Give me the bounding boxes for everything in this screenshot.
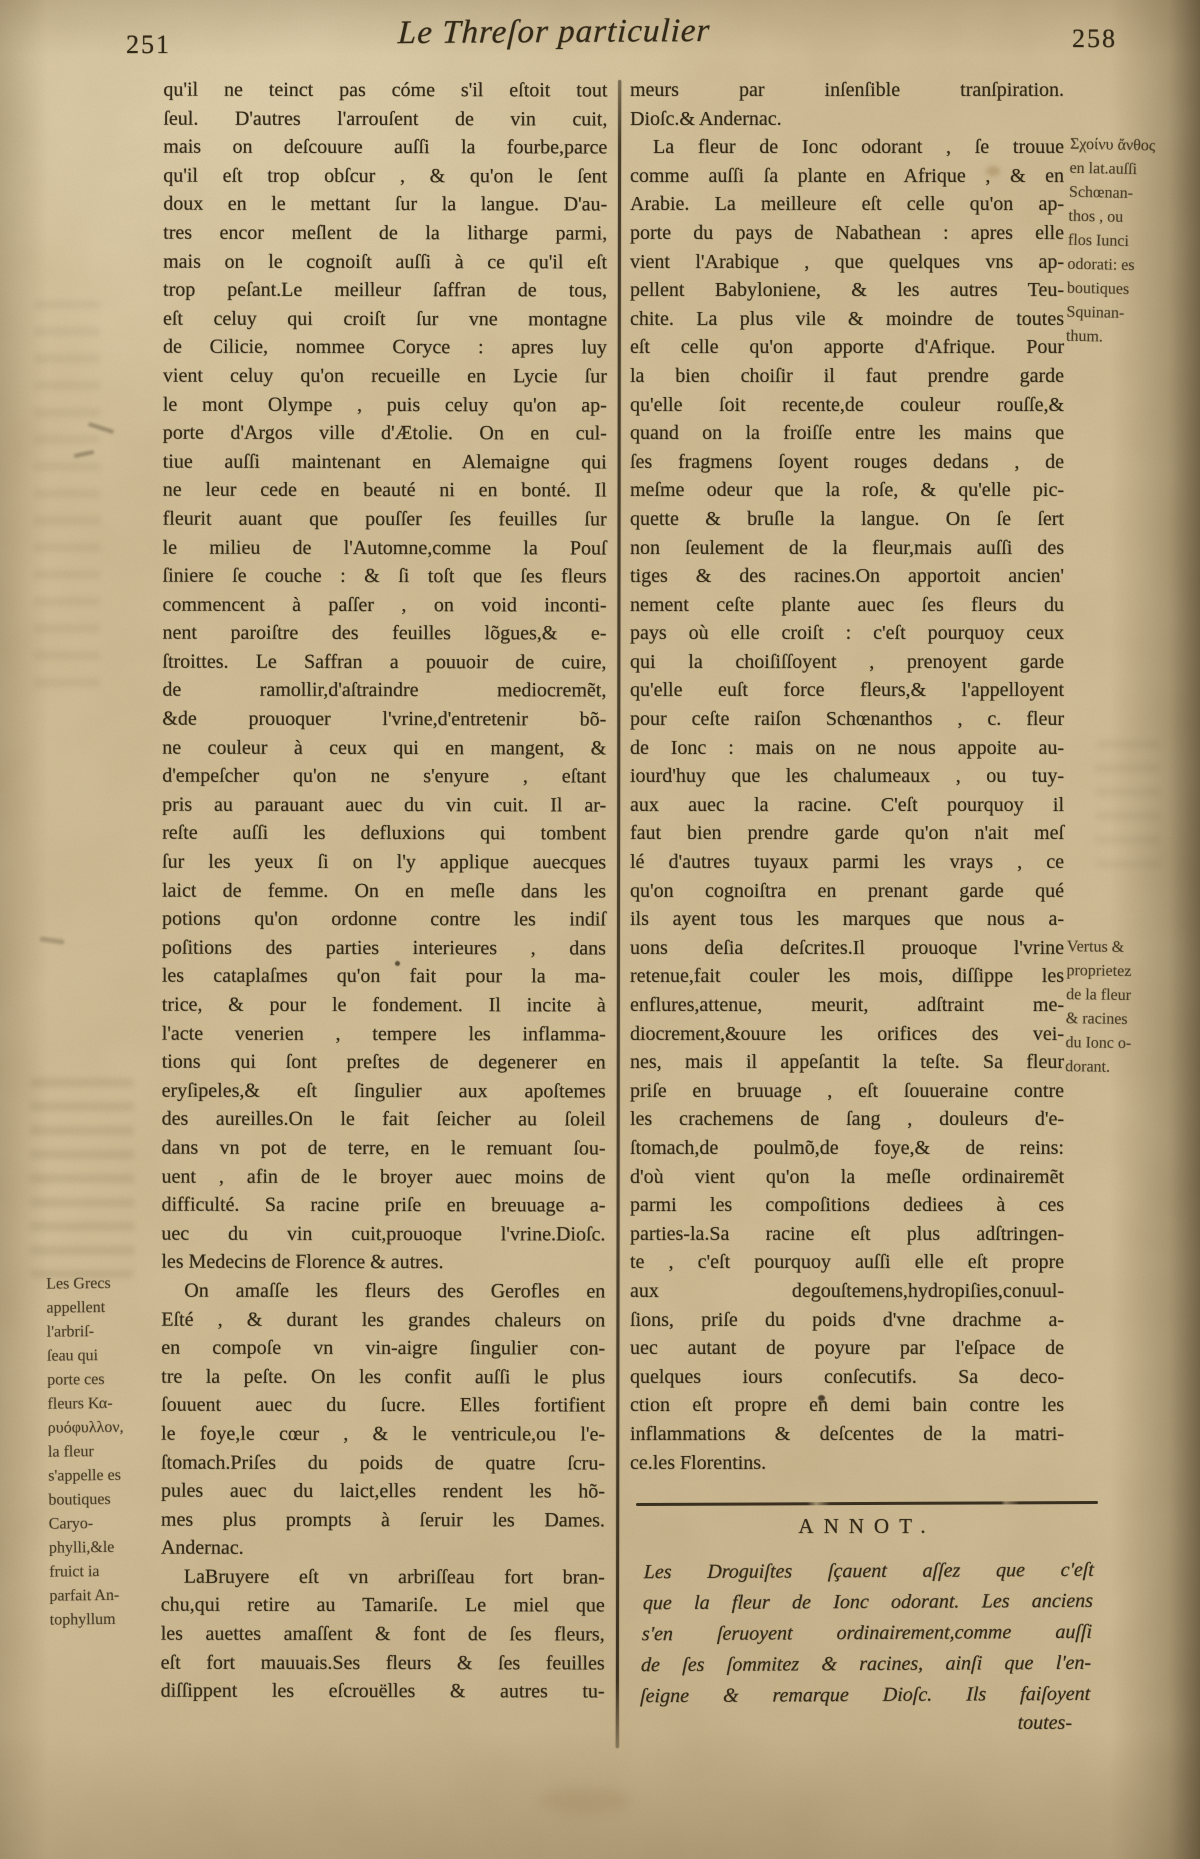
- text-line: Caryo-: [49, 1511, 167, 1536]
- text-line: uons deſia deſcrites.Il prouoque l'vrine: [630, 934, 1064, 963]
- text-line: qu'il ne teinct pas cóme s'il eſtoit tou…: [163, 76, 607, 105]
- text-line: ρυόφυλλον,: [48, 1415, 166, 1440]
- text-line: le milieu de l'Automne,comme la Pouſ: [163, 533, 607, 562]
- text-line: pris au parauant auec du vin cuit. Il ar…: [162, 790, 606, 819]
- text-line: la fleur: [48, 1439, 166, 1464]
- text-line: d'empeſcher qu'on ne s'enyure , eſtant: [162, 762, 606, 791]
- text-line: ne leur cede en beauté ni en bonté. Il: [163, 476, 607, 505]
- text-line: lé d'autres tuyaux parmi les vrays , ce: [630, 848, 1064, 877]
- verso-show-through: [30, 1078, 134, 1278]
- text-line: le mont Olympe , puis celuy qu'on ap-: [163, 390, 607, 419]
- margin-note-right-middle: Vertus &proprietezde la fleur& racinesdu…: [1065, 935, 1195, 1081]
- text-line: reſte auſſi les defluxions qui tombent: [162, 819, 606, 848]
- text-line: iourd'huy que les chalumeaux , ou tuy-: [630, 762, 1064, 791]
- text-line: l'arbriſ-: [47, 1319, 165, 1344]
- text-line: ſouuent auec du ſucre. Elles fortifient: [161, 1391, 605, 1420]
- text-line: du Ionc o-: [1065, 1031, 1193, 1057]
- text-line: Dioſc.& Andernac.: [630, 105, 1064, 134]
- text-line: meurs par inſenſible tranſpiration.: [630, 76, 1064, 105]
- paper-stain: [540, 1788, 630, 1814]
- text-line: ne couleur à ceux qui en mangent, &: [162, 733, 606, 762]
- text-line: tiue auſſi maintenant en Alemaigne qui: [163, 447, 607, 476]
- text-line: Vertus &: [1067, 935, 1195, 961]
- text-line: le foye,le cœur , & le ventricule,ou l'e…: [161, 1420, 605, 1449]
- text-line: ſur les yeux ſi on l'y applique auecques: [162, 848, 606, 877]
- text-line: Andernac.: [161, 1534, 605, 1563]
- text-line: tions qui ſont preſtes de degenerer en: [162, 1048, 606, 1077]
- column-divider-rule: [616, 80, 621, 1748]
- text-line: uent , afin de le broyer auec moins de: [161, 1162, 605, 1191]
- text-line: mais on le cognoiſt auſſi à ce qu'il eſt: [163, 247, 607, 276]
- text-line: thum.: [1066, 325, 1194, 352]
- text-line: ſes fragmens ſoyent rouges dedans , de: [630, 448, 1064, 477]
- text-line: odorati: es: [1067, 253, 1195, 280]
- text-line: en lat.auſſi: [1069, 157, 1197, 184]
- text-line: de Cilicie, nommee Coryce : apres luy: [163, 333, 607, 362]
- text-line: ſeul. D'autres l'arrouſent de vin cuit,: [163, 104, 607, 133]
- text-line: La fleur de Ionc odorant , ſe trouue: [630, 133, 1064, 162]
- text-line: la bien choiſir il faut prendre garde: [630, 362, 1064, 391]
- text-line: pays où elle croiſt : c'eſt pourquoy ceu…: [630, 619, 1064, 648]
- text-line: poſitions des parties interieures , dans: [162, 933, 606, 962]
- text-line: les cataplaſmes qu'on fait pour la ma-: [162, 962, 606, 991]
- text-line: doux en le mettant ſur la langue. D'au-: [163, 190, 607, 219]
- text-column-right: meurs par inſenſible tranſpiration.Dioſc…: [630, 76, 1064, 1477]
- text-line: Les Grecs: [46, 1271, 164, 1296]
- text-line: ction eſt propre en demi bain contre les: [630, 1391, 1064, 1420]
- annotation-text: Les Droguiſtes ſçauent aſſez que c'eſtqu…: [640, 1555, 1095, 1712]
- page-number-right: 258: [1072, 24, 1117, 54]
- text-line: proprietez: [1066, 959, 1194, 985]
- text-line: & racines: [1066, 1007, 1194, 1033]
- text-line: s'appelle es: [48, 1463, 166, 1488]
- text-line: quelques iours conſecutifs. Sa deco-: [630, 1363, 1064, 1392]
- text-line: difficulté. Sa racine priſe en breuuage …: [161, 1191, 605, 1220]
- paragraph: qu'il ne teinct pas cóme s'il eſtoit tou…: [161, 76, 607, 1278]
- text-line: phylli,&le: [49, 1535, 167, 1560]
- text-line: les Medecins de Florence & autres.: [161, 1248, 605, 1277]
- text-line: Schœnan-: [1069, 181, 1197, 208]
- text-line: ils ayent tous les marques que nous a-: [630, 905, 1064, 934]
- text-line: Σχοίνυ ἄνθος: [1070, 133, 1198, 160]
- annotation-section-rule: [636, 1501, 1098, 1506]
- text-line: qu'elle ſoit recente,de couleur rouſſe,&: [630, 391, 1064, 420]
- text-line: diocrement,&ouure les orifices des vei-: [630, 1020, 1064, 1049]
- text-line: non ſeulement de la fleur,mais auſſi des: [630, 534, 1064, 563]
- text-line: dorant.: [1065, 1055, 1193, 1081]
- text-line: en compoſe vn vin-aigre ſingulier con-: [161, 1334, 605, 1363]
- text-line: pour ceſte raiſon Schœnanthos , c. fleur: [630, 705, 1064, 734]
- text-line: retenue,fait couler les mois, diſſippe l…: [630, 962, 1064, 991]
- text-line: enflures,attenue, meurit, adſtraint me-: [630, 991, 1064, 1020]
- text-line: qu'elle euſt force fleurs,& l'appelloyen…: [630, 676, 1064, 705]
- text-line: commencent à paſſer , on void inconti-: [162, 590, 606, 619]
- verso-show-through: [34, 300, 100, 700]
- book-page-scan: 251 Le Threſor particulier 258 Les Grecs…: [0, 0, 1200, 1859]
- text-line: quand on la froiſſe entre les mains que: [630, 419, 1064, 448]
- ink-smudge: [88, 422, 114, 434]
- paragraph: On amaſſe les fleurs des Gerofles enEſté…: [161, 1277, 605, 1564]
- text-line: eſt celuy qui croiſt ſur vne montagne: [163, 304, 607, 333]
- text-line: eſt celle qu'on apporte d'Afrique. Pour: [630, 333, 1064, 362]
- text-line: &de prouoquer l'vrine,d'entretenir bõ-: [162, 705, 606, 734]
- text-line: qui la choiſiſſoyent , prenoyent garde: [630, 648, 1064, 677]
- margin-note-right-top: Σχοίνυ ἄνθοςen lat.auſſiSchœnan-thos , o…: [1066, 133, 1198, 352]
- text-line: fruict ia: [49, 1559, 167, 1584]
- ink-smudge: [40, 936, 64, 944]
- text-line: potions qu'on ordonne contre les indiſ: [162, 905, 606, 934]
- text-line: ſeigne & remarque Dioſc. Ils faiſoyent: [640, 1679, 1091, 1712]
- text-line: uec du vin cuit,prouoque l'vrine.Dioſc.: [161, 1219, 605, 1248]
- text-line: eryſipeles,& eſt ſingulier aux apoſtemes: [162, 1076, 606, 1105]
- text-line: pules auec du laict,elles rendent les hõ…: [161, 1477, 605, 1506]
- text-line: parties-la.Sa racine eſt plus adſtringen…: [630, 1220, 1064, 1249]
- text-line: qu'on cognoiſtra en prenant garde qué: [630, 877, 1064, 906]
- text-line: boutiques: [1067, 277, 1195, 304]
- text-line: ſeau qui: [47, 1343, 165, 1368]
- text-line: tiges & des racines.On apportoit ancien': [630, 562, 1064, 591]
- text-line: Squinan-: [1066, 301, 1194, 328]
- text-line: pellent Babyloniene, & les autres Teu-: [630, 276, 1064, 305]
- text-line: ce.les Florentins.: [630, 1449, 1064, 1478]
- text-line: diſſippent les eſcrouëlles & autres tu-: [161, 1677, 605, 1706]
- text-line: d'où vient qu'on la meſle ordinairemẽt: [630, 1163, 1064, 1192]
- text-line: eſt fort mauuais.Ses fleurs & ſes feuill…: [161, 1648, 605, 1677]
- text-line: Arabie. La meilleure eſt celle qu'on ap-: [630, 190, 1064, 219]
- paragraph: La fleur de Ionc odorant , ſe trouuecomm…: [630, 133, 1064, 1477]
- text-line: comme auſſi ſa plante en Afrique , & en: [630, 162, 1064, 191]
- text-line: ſtomach.Priſes du poids de quatre ſcru-: [161, 1448, 605, 1477]
- text-line: ſiniere ſe couche : & ſi toſt que ſes fl…: [163, 562, 607, 591]
- margin-note-left: Les Grecsappellentl'arbriſ-ſeau quiporte…: [46, 1271, 168, 1632]
- text-line: des aureilles.On le fait ſeicher au ſole…: [162, 1105, 606, 1134]
- text-line: vient l'Arabique , que quelques vns ap-: [630, 248, 1064, 277]
- verso-show-through: [1096, 740, 1160, 870]
- text-line: mes plus prompts à ſeruir les Dames.: [161, 1505, 605, 1534]
- text-line: thos , ou: [1068, 205, 1196, 232]
- text-line: chite. La plus vile & moindre de toutes: [630, 305, 1064, 334]
- text-line: chu,qui retire au Tamariſe. Le miel que: [161, 1591, 605, 1620]
- text-line: mais on deſcouure auſſi la fourbe,parce: [163, 133, 607, 162]
- text-line: tres encor meſlent de la litharge parmi,: [163, 219, 607, 248]
- text-line: nement ceſte plante auec ſes fleurs du: [630, 591, 1064, 620]
- text-line: te , c'eſt pourquoy auſſi elle eſt propr…: [630, 1248, 1064, 1277]
- text-line: tophyllum: [50, 1607, 168, 1632]
- text-line: fleurs Κα-: [47, 1391, 165, 1416]
- text-line: aux degouſtemens,hydropiſies,conuul-: [630, 1277, 1064, 1306]
- text-line: Les Droguiſtes ſçauent aſſez que c'eſt: [643, 1555, 1094, 1588]
- text-line: qu'il eſt trop obſcur , & qu'on le ſent: [163, 161, 607, 190]
- catchword: toutes-: [642, 1712, 1072, 1735]
- text-line: priſe en bruuage , eſt ſouueraine contre: [630, 1077, 1064, 1106]
- text-line: faut bien prendre garde qu'on n'ait meſ: [630, 819, 1064, 848]
- text-line: On amaſſe les fleurs des Gerofles en: [161, 1277, 605, 1306]
- page-number-left: 251: [126, 30, 171, 60]
- text-line: les crachemens de ſang , douleurs d'e-: [630, 1105, 1064, 1134]
- text-line: trop peſant.Le meilleur ſaffran de tous,: [163, 276, 607, 305]
- text-line: laict de femme. On en meſle dans les: [162, 876, 606, 905]
- text-line: trice, & pour le fondement. Il incite à: [162, 991, 606, 1020]
- text-line: porte ces: [47, 1367, 165, 1392]
- text-line: l'acte venerien , tempere les inflamma-: [162, 1019, 606, 1048]
- text-line: dans vn pot de terre, en le remuant ſou-: [162, 1134, 606, 1163]
- text-line: parfait An-: [49, 1583, 167, 1608]
- text-line: uec autant de poyure par l'eſpace de: [630, 1334, 1064, 1363]
- text-line: de Ionc : mais on ne nous appoite au-: [630, 734, 1064, 763]
- paragraph: meurs par inſenſible tranſpiration.Dioſc…: [630, 76, 1064, 133]
- text-line: de ſes ſommitez & racines, ainſi que l'e…: [641, 1648, 1092, 1681]
- text-line: flos Iunci: [1068, 229, 1196, 256]
- text-line: quette & bruſle la langue. On ſe ſert: [630, 505, 1064, 534]
- text-line: appellent: [46, 1295, 164, 1320]
- annotation-heading: ANNOT.: [636, 1514, 1098, 1539]
- text-line: tre la peſte. On les confit auſſi le plu…: [161, 1362, 605, 1391]
- text-line: nes, mais il appeſantit la teſte. Sa fle…: [630, 1048, 1064, 1077]
- ink-smudge: [74, 450, 94, 458]
- text-line: vient celuy qu'on recueille en Lycie ſur: [163, 362, 607, 391]
- paragraph: LaBruyere eſt vn arbriſſeau fort bran-ch…: [161, 1562, 605, 1706]
- text-line: aux auec la racine. C'eſt pourquoy il: [630, 791, 1064, 820]
- text-line: de la fleur: [1066, 983, 1194, 1009]
- text-line: ſtroittes. Le Saffran a pouuoir de cuire…: [162, 647, 606, 676]
- text-line: de ramollir,d'aſtraindre mediocremẽt,: [162, 676, 606, 705]
- text-line: inflammations & deſcentes de la matri-: [630, 1420, 1064, 1449]
- text-line: boutiques: [48, 1487, 166, 1512]
- text-line: que la fleur de Ionc odorant. Les ancien…: [642, 1586, 1093, 1619]
- text-column-left: qu'il ne teinct pas cóme s'il eſtoit tou…: [161, 76, 608, 1707]
- text-line: LaBruyere eſt vn arbriſſeau fort bran-: [161, 1562, 605, 1591]
- text-line: s'en ſeruoyent ordinairement,comme auſſi: [642, 1617, 1093, 1650]
- text-line: parmi les compoſitions dediees à ces: [630, 1191, 1064, 1220]
- text-line: porte du pays de Nabathean : apres elle: [630, 219, 1064, 248]
- text-line: ſtomach,de poulmõ,de foye,& de reins:: [630, 1134, 1064, 1163]
- text-line: Eſté , & durant les grandes chaleurs on: [161, 1305, 605, 1334]
- text-line: les auettes amaſſent & font de ſes fleur…: [161, 1620, 605, 1649]
- text-line: porte d'Argos ville d'Ætolie. On en cul-: [163, 419, 607, 448]
- text-line: meſme odeur que la roſe, & qu'elle pic-: [630, 476, 1064, 505]
- text-line: nent paroiſtre des feuilles lõgues,& e-: [162, 619, 606, 648]
- text-line: fleurit auant que pouſſer ſes feuilles ſ…: [163, 505, 607, 534]
- text-line: ſions, priſe du poids d'vne drachme a-: [630, 1306, 1064, 1335]
- running-title: Le Threſor particulier: [397, 13, 719, 52]
